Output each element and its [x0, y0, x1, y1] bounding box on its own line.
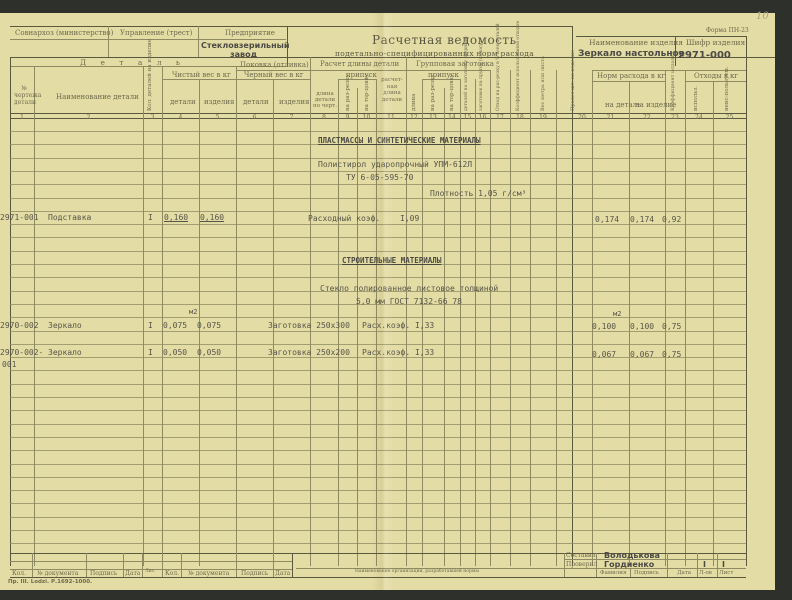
col-number: 15: [460, 114, 475, 121]
col-number: 1: [10, 114, 34, 121]
col-waste-used: использ.: [693, 91, 699, 111]
col-number: 2: [34, 114, 143, 121]
row-1-note: Расходный коэф.: [308, 214, 380, 223]
rule: [338, 79, 376, 80]
enterprise-label: Предприятие: [225, 29, 275, 37]
footer-list: Лис.: [145, 569, 156, 574]
col-19: Вес метра или листа: [540, 79, 546, 111]
material-2-spec: 5,0 мм ГОСТ 7132-66 78: [356, 297, 462, 306]
row-rule: [10, 370, 746, 371]
row-rule: [10, 503, 746, 504]
sheet-label: Лист: [719, 570, 733, 576]
col-number: 25: [713, 114, 746, 121]
rule: [667, 553, 668, 577]
rule: [86, 553, 87, 577]
col-forging: Поковка (отливка): [240, 61, 309, 69]
col-drawing-no: № чертежа детали: [14, 85, 34, 106]
footer-kol-2: Кол.: [165, 570, 179, 577]
col-number: 18: [510, 114, 530, 121]
col-number: 6: [236, 114, 273, 121]
enterprise-value-2: завод: [230, 50, 257, 59]
row-2-net-product: 0,075: [197, 321, 221, 330]
col-allow-face: на тор-цовку: [364, 89, 370, 111]
rule: [592, 81, 665, 82]
row-rule: [10, 477, 746, 478]
row-1-drawing-no: 2971-001: [0, 213, 39, 222]
row-rule: [10, 424, 746, 425]
col-23: Коэффициент использ.: [670, 75, 676, 111]
row-1-norm-detail: 0,174: [595, 215, 619, 224]
form-id: Форма ПН-23: [706, 27, 749, 34]
row-2-norm-product: 0,100: [630, 322, 654, 331]
rule: [475, 79, 476, 566]
row-2-drawing-no: 2970-002: [0, 321, 39, 330]
rule: [10, 26, 572, 27]
col-number: 22: [629, 114, 665, 121]
rule: [685, 81, 746, 82]
surname-label: Фамилия: [600, 570, 626, 576]
row-3-qty: I: [148, 348, 153, 357]
col-allow-cut: на раз-резку: [345, 89, 351, 111]
checked-label: Проверил: [566, 561, 597, 568]
col-number: 7: [273, 114, 310, 121]
checked-value: Гордиенко: [604, 560, 654, 569]
col-number: 14: [444, 114, 460, 121]
row-rule: [10, 490, 746, 491]
row-rule: [10, 251, 746, 252]
col-length-calc: Расчет длины детали: [320, 60, 399, 68]
rule: [181, 553, 182, 577]
row-rule: [10, 517, 746, 518]
date-label: Дата: [677, 570, 691, 576]
col-number: 21: [592, 114, 629, 121]
row-3-net-product: 0,050: [197, 348, 221, 357]
product-name-label: Наименование изделия: [589, 38, 683, 47]
row-rule: [10, 224, 746, 225]
col-number: 12: [406, 114, 422, 121]
sign-label: Подпись: [634, 570, 659, 576]
row-rule: [10, 530, 746, 531]
section-title-plastics: ПЛАСТМАССЫ И СИНТЕТИЧЕСКИЕ МАТЕРИАЛЫ: [318, 136, 481, 145]
rule: [630, 568, 631, 577]
col-number: 8: [310, 114, 338, 121]
col-number: 20: [572, 114, 592, 121]
footer-doc-no-2: № документа: [188, 570, 229, 577]
row-rule: [10, 171, 746, 172]
col-qty: Кол. деталей на изделие: [147, 73, 153, 111]
col-number: 23: [665, 114, 685, 121]
row-1-use-coef: 0,92: [662, 215, 681, 224]
col-number: 3: [143, 114, 162, 121]
row-rule: [10, 317, 746, 318]
col-gross-product: изделия: [279, 98, 309, 106]
sheets-value: I: [703, 560, 706, 569]
rule: [746, 118, 747, 566]
row-3-norm-product: 0,067: [630, 350, 654, 359]
rule: [10, 577, 746, 578]
row-3-coef: Расх.коэф. I,33: [362, 348, 434, 357]
row-2-use-coef: 0,75: [662, 322, 681, 331]
col-g-allow-face: на тор-цовку: [449, 89, 455, 111]
row-rule: [10, 131, 746, 132]
enterprise-value: Стекловзерильный: [201, 41, 289, 50]
row-rule: [10, 237, 746, 238]
row-2-qty: I: [148, 321, 153, 330]
footer-date-2: Дата: [275, 570, 290, 577]
col-group-length: длина: [411, 91, 417, 111]
row-1-net-product: 0,160: [200, 213, 224, 222]
rule: [32, 553, 33, 577]
row-rule: [10, 437, 746, 438]
rule: [142, 553, 143, 577]
row-rule: [10, 543, 746, 544]
col-number: 11: [376, 114, 406, 121]
footer-date: Дата: [125, 570, 140, 577]
col-16: заготовок на пруток (полосу): [479, 81, 485, 111]
rule: [564, 568, 746, 569]
page-number-pencil: 10: [756, 11, 769, 22]
col-number: 19: [530, 114, 556, 121]
rule: [592, 70, 746, 71]
row-rule: [10, 450, 746, 451]
footer-doc-no: № документа: [37, 570, 78, 577]
col-20: Пролет шт. на изделие: [570, 73, 576, 111]
material-1-spec: ТУ 6-05-595-70: [346, 173, 413, 182]
col-norm-group: Норм расхода в кг: [597, 72, 665, 80]
col-waste-group: Отходы в кг: [694, 72, 738, 80]
rule: [162, 66, 163, 566]
col-15: деталей на заготовку (мерный): [464, 81, 470, 111]
col-gross-detail: детали: [243, 98, 269, 106]
row-rule: [10, 384, 746, 385]
rule: [746, 36, 747, 128]
row-3-drawing-no-cont: 001: [2, 360, 16, 369]
document-title: Расчетная ведомость: [372, 33, 517, 47]
row-1-qty: I: [148, 213, 153, 222]
row-rule: [10, 410, 746, 411]
ministry-label: Совнархоз (министерство): [15, 29, 113, 37]
rule: [713, 81, 714, 566]
product-code-value: 2971-000: [678, 50, 731, 61]
rule: [292, 553, 293, 577]
row-rule: [10, 184, 746, 185]
col-18: Коэффициент использования отходов: [516, 73, 522, 111]
col-calc-length: расчет-ная длина детали: [379, 77, 405, 103]
row-rule: [10, 331, 746, 332]
composed-value: Володькова: [604, 551, 660, 560]
rule: [236, 553, 237, 577]
col-number: 4: [162, 114, 199, 121]
row-rule: [10, 464, 746, 465]
rule: [162, 553, 163, 577]
row-3-drawing-no: 2970-002-: [0, 348, 43, 357]
row-3-use-coef: 0,75: [662, 350, 681, 359]
row-rule: [10, 397, 746, 398]
document-subtitle: подетально-специфицированных норм расход…: [335, 49, 534, 58]
material-1-name: Полистирол ударопрочный УПМ-612Л: [318, 160, 472, 169]
row-3-name: Зеркало: [48, 348, 82, 357]
row-2-name: Зеркало: [48, 321, 82, 330]
print-info: Пр. III. Lodzi. Р.1692-1000.: [8, 579, 92, 585]
material-1-density: Плотность 1,05 г/см³: [430, 189, 526, 198]
row-3-note: Заготовка 250x200: [268, 348, 350, 357]
col-net-detail: детали: [170, 98, 196, 106]
row-2-net-detail: 0,075: [163, 321, 187, 330]
product-code-label: Шифр изделия: [686, 38, 745, 47]
row-3-norm-detail: 0,067: [592, 350, 616, 359]
rule: [273, 553, 274, 577]
row-2-norm-unit: м2: [613, 310, 621, 318]
rule: [717, 553, 718, 577]
row-rule: [10, 211, 746, 212]
col-number: 9: [338, 114, 357, 121]
row-1-coef: I,09: [400, 214, 419, 223]
col-net-weight: Чистый вес в кг: [172, 71, 231, 79]
col-number: 17: [490, 114, 510, 121]
col-17: Отход на раз-резку в % всех деталей: [496, 73, 502, 111]
col-waste-unused: неис-пользуем.: [724, 87, 730, 111]
footer-kol: Кол.: [12, 570, 26, 577]
rule: [10, 561, 292, 562]
col-number: 5: [199, 114, 236, 121]
col-g-allow-cut: на раз-резку: [430, 89, 436, 111]
section-title-construction: СТРОИТЕЛЬНЫЕ МАТЕРИАЛЫ: [342, 256, 441, 265]
row-2-norm-detail: 0,100: [592, 322, 616, 331]
rule: [34, 66, 35, 566]
row-1-norm-product: 0,174: [630, 215, 654, 224]
row-1-name: Подставка: [48, 213, 91, 222]
composed-label: Составил: [566, 552, 596, 559]
rule: [236, 66, 237, 566]
row-rule: [10, 158, 746, 159]
col-gross-weight: Черный вес в кг: [244, 71, 304, 79]
rule: [162, 79, 310, 80]
row-3-net-detail: 0,050: [163, 348, 187, 357]
footer-signature: Подпись: [90, 570, 117, 577]
product-name-value: Зеркало настольное: [578, 49, 685, 59]
row-rule: [10, 344, 746, 345]
rule: [460, 79, 461, 566]
col-number: 24: [685, 114, 713, 121]
col-net-product: изделия: [204, 98, 234, 106]
rule: [576, 36, 746, 37]
rule: [143, 66, 144, 566]
col-part-name: Наименование детали: [56, 93, 139, 101]
rule: [564, 553, 565, 577]
sheet-value: I: [722, 560, 725, 569]
rule: [697, 553, 698, 577]
row-2-coef: Расх.коэф. I,33: [362, 321, 434, 330]
col-length-blank: длина детали по черт.: [313, 91, 337, 109]
row-rule: [10, 198, 746, 199]
calculation-sheet: 10 Форма ПН-23 Совнархоз (министерство) …: [0, 13, 775, 590]
col-number: 16: [475, 114, 490, 121]
row-1-net-detail: 0,160: [164, 213, 188, 222]
col-number: 10: [357, 114, 376, 121]
col-number: 13: [422, 114, 444, 121]
row-2-unit: м2: [189, 308, 197, 316]
row-2-note: Заготовка 250x300: [268, 321, 350, 330]
rule: [198, 26, 199, 57]
org-caption: Наименование организации, разработавшей …: [355, 569, 479, 574]
rule: [123, 553, 124, 577]
trust-label: Управление (трест): [120, 29, 192, 37]
sheets-label: Л-ов: [699, 570, 712, 576]
material-2-name: Стекло полированное листовое толщиной: [320, 284, 498, 293]
row-rule: [10, 277, 746, 278]
footer-signature-2: Подпись: [241, 570, 268, 577]
